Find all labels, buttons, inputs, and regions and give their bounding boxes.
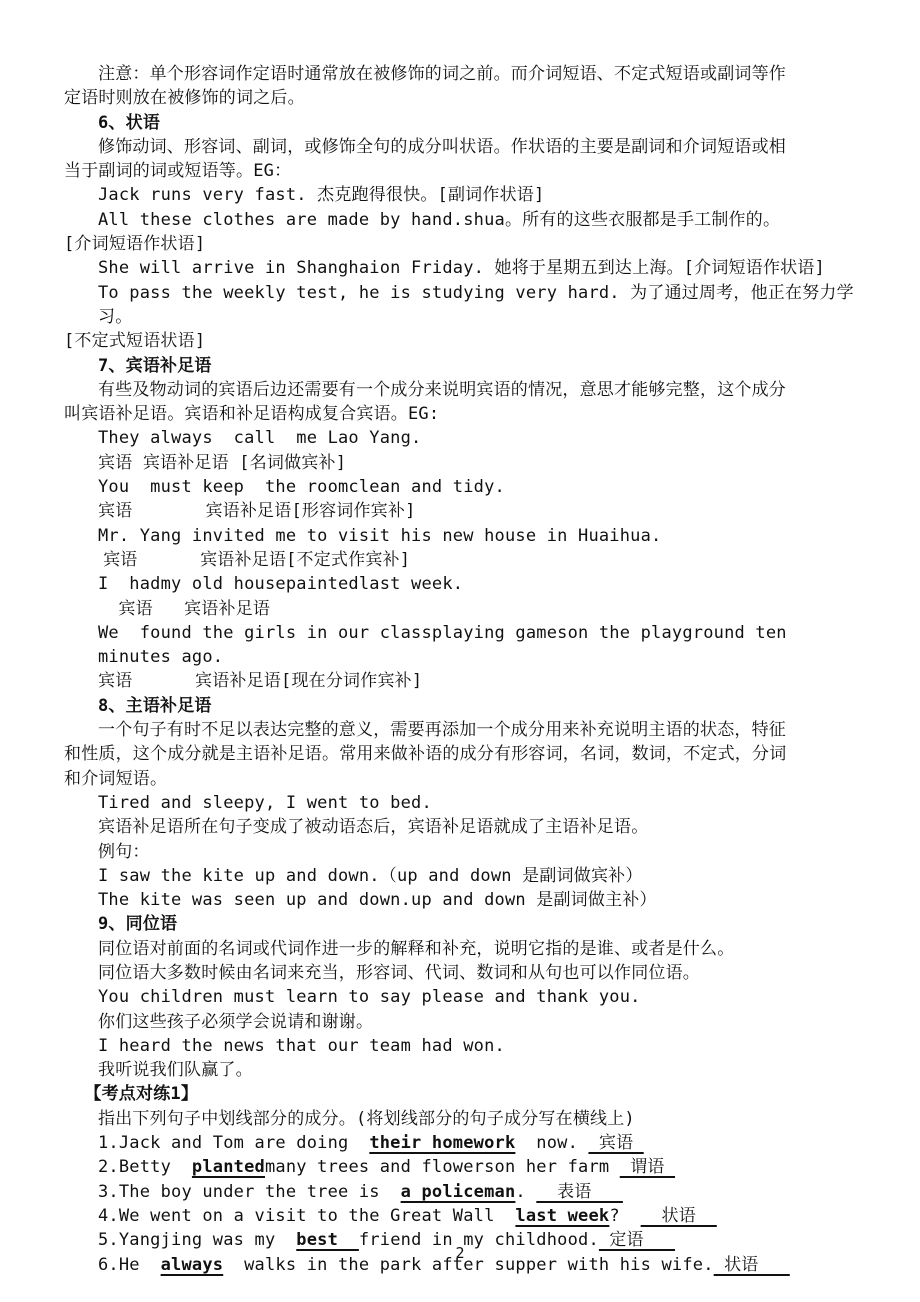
text-line: 指出下列句子中划线部分的成分。(将划线部分的句子成分写在横线上) — [64, 1107, 864, 1131]
text-run: Jack runs very fast. 杰克跑得很快。[副词作状语] — [98, 185, 544, 205]
answer-blank: 谓语 — [620, 1157, 675, 1177]
text-run: 我听说我们队赢了。 — [98, 1060, 253, 1080]
text-line: 宾语补足语所在句子变成了被动语态后，宾语补足语就成了主语补足语。 — [64, 815, 864, 839]
text-run: 宾语 宾语补足语 [名词做宾补] — [98, 453, 346, 473]
underlined-phrase: their homework — [369, 1133, 515, 1153]
text-line: 和性质，这个成分就是主语补足语。常用来做补语的成分有形容词，名词，数词，不定式，… — [64, 742, 864, 766]
text-line: 1.Jack and Tom are doing their homework … — [64, 1131, 864, 1155]
text-run: 你们这些孩子必须学会说请和谢谢。 — [98, 1012, 373, 1032]
text-run: 当于副词的词或短语等。EG： — [64, 161, 291, 181]
text-line: We found the girls in our classplaying g… — [64, 621, 864, 670]
text-run: They always call me Lao Yang. — [98, 428, 421, 448]
text-line: They always call me Lao Yang. — [64, 426, 864, 450]
text-line: 定语时则放在被修饰的词之后。 — [64, 86, 864, 110]
text-line: 当于副词的词或短语等。EG： — [64, 159, 864, 183]
text-line: [介词短语作状语] — [64, 232, 864, 256]
text-run: 修饰动词、形容词、副词，或修饰全句的成分叫状语。作状语的主要是副词和介词短语或相 — [98, 137, 786, 157]
text-line: Mr. Yang invited me to visit his new hou… — [64, 524, 864, 548]
text-line: 一个句子有时不足以表达完整的意义，需要再添加一个成分用来补充说明主语的状态，特征 — [64, 718, 864, 742]
text-run: 6、状语 — [98, 113, 160, 133]
text-line: 有些及物动词的宾语后边还需要有一个成分来说明宾语的情况，意思才能够完整，这个成分 — [64, 378, 864, 402]
text-run: You must keep the roomclean and tidy. — [98, 477, 505, 497]
answer-blank: 状语 — [641, 1206, 717, 1226]
text-line: 2.Betty plantedmany trees and flowerson … — [64, 1155, 864, 1179]
text-line: [不定式短语状语] — [64, 329, 864, 353]
text-run: To pass the weekly test, he is studying … — [98, 283, 854, 327]
text-run: 宾语 宾语补足语 — [118, 599, 270, 619]
text-run: You children must learn to say please an… — [98, 987, 641, 1007]
text-line: I saw the kite up and down.（up and down … — [64, 864, 864, 888]
text-line: 叫宾语补足语。宾语和补足语构成复合宾语。EG: — [64, 402, 864, 426]
text-run: 注意：单个形容词作定语时通常放在被修饰的词之前。而介词短语、不定式短语或副词等作 — [98, 64, 786, 84]
text-line: 同位语大多数时候由名词来充当，形容词、代词、数词和从句也可以作同位语。 — [64, 961, 864, 985]
text-line: 宾语 宾语补足语 [名词做宾补] — [64, 451, 864, 475]
text-run: 7、宾语补足语 — [98, 356, 212, 376]
text-line: 修饰动词、形容词、副词，或修饰全句的成分叫状语。作状语的主要是副词和介词短语或相 — [64, 135, 864, 159]
text-line: I heard the news that our team had won. — [64, 1034, 864, 1058]
text-line: 【考点对练1】 — [64, 1082, 864, 1106]
text-run: The kite was seen up and down.up and dow… — [98, 890, 657, 910]
underlined-phrase: planted — [192, 1157, 265, 1177]
text-run: I saw the kite up and down.（up and down … — [98, 866, 643, 886]
text-line: To pass the weekly test, he is studying … — [64, 281, 864, 330]
text-run: 2.Betty — [98, 1157, 192, 1177]
text-run: 8、主语补足语 — [98, 696, 212, 716]
text-run: 3.The boy under the tree is — [98, 1182, 401, 1202]
text-line: All these clothes are made by hand.shua。… — [64, 208, 864, 232]
text-line: 宾语 宾语补足语[形容词作宾补] — [64, 499, 864, 523]
text-line: 我听说我们队赢了。 — [64, 1058, 864, 1082]
text-run: 4.We went on a visit to the Great Wall — [98, 1206, 515, 1226]
text-line: 同位语对前面的名词或代词作进一步的解释和补充，说明它指的是谁、或者是什么。 — [64, 937, 864, 961]
text-run: 例句： — [98, 842, 150, 862]
text-line: 注意：单个形容词作定语时通常放在被修饰的词之前。而介词短语、不定式短语或副词等作 — [64, 62, 864, 86]
text-line: You must keep the roomclean and tidy. — [64, 475, 864, 499]
text-run: 有些及物动词的宾语后边还需要有一个成分来说明宾语的情况，意思才能够完整，这个成分 — [98, 380, 786, 400]
text-line: The kite was seen up and down.up and dow… — [64, 888, 864, 912]
text-line: 3.The boy under the tree is a policeman.… — [64, 1180, 864, 1204]
document-page: 注意：单个形容词作定语时通常放在被修饰的词之前。而介词短语、不定式短语或副词等作… — [0, 0, 920, 1302]
text-run: 宾语 宾语补足语[形容词作宾补] — [98, 501, 416, 521]
text-line: You children must learn to say please an… — [64, 985, 864, 1009]
text-run: . — [515, 1182, 536, 1202]
text-run: I heard the news that our team had won. — [98, 1036, 505, 1056]
text-run: 9、同位语 — [98, 914, 177, 934]
text-line: 宾语 宾语补足语[现在分词作宾补] — [64, 669, 864, 693]
text-run: 一个句子有时不足以表达完整的意义，需要再添加一个成分用来补充说明主语的状态，特征 — [98, 720, 786, 740]
text-run: I hadmy old housepaintedlast week. — [98, 574, 463, 594]
text-run: 1.Jack and Tom are doing — [98, 1133, 369, 1153]
text-run: 宾语 宾语补足语[现在分词作宾补] — [98, 671, 422, 691]
answer-blank: 表语 — [536, 1182, 623, 1202]
text-run: 宾语 宾语补足语[不定式作宾补] — [103, 550, 410, 570]
text-line: She will arrive in Shanghaion Friday. 她将… — [64, 256, 864, 280]
text-line: Tired and sleepy, I went to bed. — [64, 791, 864, 815]
text-run: 同位语大多数时候由名词来充当，形容词、代词、数词和从句也可以作同位语。 — [98, 963, 700, 983]
text-line: I hadmy old housepaintedlast week. — [64, 572, 864, 596]
text-run: many trees and flowerson her farm — [265, 1157, 620, 1177]
document-content: 注意：单个形容词作定语时通常放在被修饰的词之前。而介词短语、不定式短语或副词等作… — [64, 62, 864, 1277]
text-line: 宾语 宾语补足语 — [64, 597, 864, 621]
text-run: We found the girls in our classplaying g… — [98, 623, 797, 667]
text-run: She will arrive in Shanghaion Friday. 她将… — [98, 258, 825, 278]
text-run: 指出下列句子中划线部分的成分。(将划线部分的句子成分写在横线上) — [98, 1109, 635, 1129]
answer-blank: 宾语 — [588, 1133, 643, 1153]
text-line: 你们这些孩子必须学会说请和谢谢。 — [64, 1010, 864, 1034]
text-run: [不定式短语状语] — [64, 331, 205, 351]
text-line: 和介词短语。 — [64, 767, 864, 791]
text-run: All these clothes are made by hand.shua。… — [98, 210, 780, 230]
text-line: 9、同位语 — [64, 912, 864, 936]
text-run: 【考点对练1】 — [84, 1084, 198, 1104]
text-line: 4.We went on a visit to the Great Wall l… — [64, 1204, 864, 1228]
text-run: 同位语对前面的名词或代词作进一步的解释和补充，说明它指的是谁、或者是什么。 — [98, 939, 734, 959]
text-run: 和性质，这个成分就是主语补足语。常用来做补语的成分有形容词，名词，数词，不定式，… — [64, 744, 786, 764]
text-run: 叫宾语补足语。宾语和补足语构成复合宾语。EG: — [64, 404, 439, 424]
text-run: 定语时则放在被修饰的词之后。 — [64, 88, 305, 108]
text-run: [介词短语作状语] — [64, 234, 205, 254]
text-line: Jack runs very fast. 杰克跑得很快。[副词作状语] — [64, 183, 864, 207]
text-run: now. — [515, 1133, 588, 1153]
text-run: Mr. Yang invited me to visit his new hou… — [98, 526, 661, 546]
page-number: 2 — [0, 1244, 920, 1262]
text-run: ? — [609, 1206, 640, 1226]
text-line: 例句： — [64, 840, 864, 864]
text-line: 8、主语补足语 — [64, 694, 864, 718]
text-line: 7、宾语补足语 — [64, 354, 864, 378]
text-run: 宾语补足语所在句子变成了被动语态后，宾语补足语就成了主语补足语。 — [98, 817, 648, 837]
underlined-phrase: a policeman — [401, 1182, 516, 1202]
text-run: Tired and sleepy, I went to bed. — [98, 793, 432, 813]
underlined-phrase: last week — [515, 1206, 609, 1226]
text-run: 和介词短语。 — [64, 769, 167, 789]
text-line: 6、状语 — [64, 111, 864, 135]
text-line: 宾语 宾语补足语[不定式作宾补] — [64, 548, 864, 572]
